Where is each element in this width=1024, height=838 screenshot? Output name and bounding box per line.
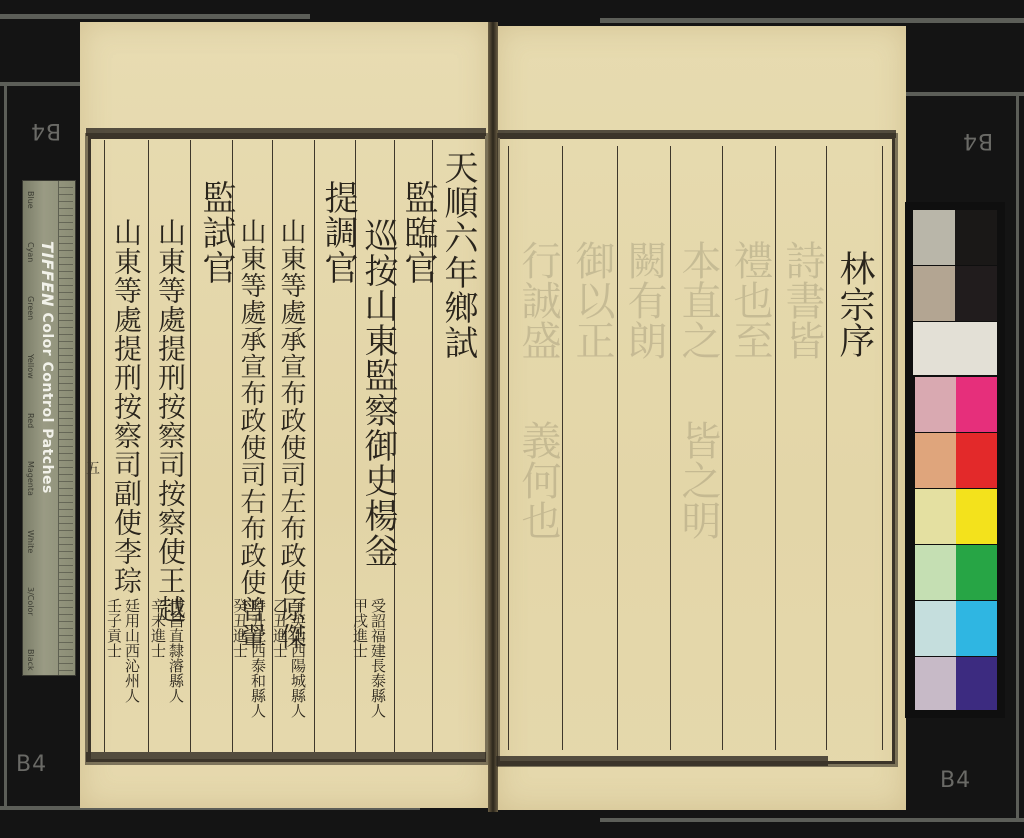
- official-entry: 巡按山東監察御史楊釡: [358, 218, 398, 568]
- official-entry: 山東等處提刑按察司按察使王越: [154, 218, 186, 624]
- column-rule: [190, 140, 191, 752]
- white-patch: [913, 322, 997, 375]
- background-guide-line: [4, 82, 7, 806]
- grid-label: B4: [940, 768, 971, 793]
- column-rule: [148, 140, 149, 752]
- blue-violet-patch: [956, 657, 997, 710]
- background-guide-line: [1016, 92, 1019, 822]
- column-rule: [314, 140, 315, 752]
- role-heading-supervisor: 監臨官: [398, 180, 438, 285]
- red-patch: [956, 433, 997, 488]
- border-top-left: [86, 128, 486, 136]
- tan-patch: [913, 266, 955, 321]
- column-rule: [670, 146, 671, 750]
- official-note: 辛未進士: [150, 598, 166, 658]
- official-note: 世昌直隸濬縣人: [168, 598, 184, 703]
- column-rule: [882, 146, 883, 750]
- column-rule: [826, 146, 827, 750]
- ruler-scale: [58, 181, 73, 675]
- grid-label: B4: [30, 118, 61, 143]
- show-through-text: 禮也至: [728, 240, 772, 360]
- light-violet-patch: [915, 657, 956, 710]
- official-note: 壬子貢士: [106, 598, 122, 658]
- show-through-text: 本直之: [676, 240, 720, 360]
- official-note: 受詔福建長泰縣人: [370, 598, 386, 718]
- grid-label: B4: [16, 752, 47, 777]
- official-note: 時升江西泰和縣人: [250, 598, 266, 718]
- official-note: 廷用山西沁州人: [124, 598, 140, 703]
- official-entry: 山東等處提刑按察司副使李琮: [110, 218, 142, 595]
- yellow-patch: [956, 489, 997, 544]
- official-note: 乙丑進士: [272, 598, 288, 658]
- strip-title: Color Control Patches: [39, 312, 55, 493]
- exam-title: 天順六年鄉試: [438, 150, 478, 360]
- light-magenta-patch: [915, 377, 956, 432]
- column-rule: [562, 146, 563, 750]
- column-rule: [104, 140, 105, 752]
- magenta-patch: [956, 377, 997, 432]
- column-rule: [272, 140, 273, 752]
- brand-name: TIFFEN: [38, 241, 57, 307]
- role-heading-proctor: 監試官: [196, 180, 236, 285]
- background-guide-line: [0, 82, 90, 86]
- color-control-scale-strip: Blue Cyan Green Yellow Red Magenta White…: [22, 180, 76, 676]
- column-rule: [722, 146, 723, 750]
- official-note: 癸丑進士: [232, 598, 248, 658]
- light-red-patch: [915, 433, 956, 488]
- official-note: 子英山西陽城縣人: [290, 598, 306, 718]
- show-through-text: 詩書皆: [780, 240, 824, 360]
- role-heading-director: 提調官: [318, 180, 358, 285]
- official-entry: 山東等處承宣布政使司左布政使原傑: [276, 218, 306, 650]
- preface-title: 林宗序: [832, 250, 876, 358]
- show-through-text: 皆之明: [676, 420, 720, 540]
- book-gutter: [488, 22, 498, 812]
- dark-patch: [955, 266, 997, 321]
- black-patch: [955, 210, 997, 265]
- color-calibration-chart: [905, 202, 1005, 718]
- column-rule: [775, 146, 776, 750]
- background-guide-line: [600, 818, 1024, 822]
- light-yellow-patch: [915, 489, 956, 544]
- background-guide-line: [0, 14, 310, 19]
- light-cyan-patch: [915, 601, 956, 656]
- tiffen-brand: TIFFEN Color Control Patches: [33, 241, 57, 661]
- patch-label: Blue: [23, 191, 35, 209]
- official-entry: 山東等處承宣布政使司右布政使曾翬: [236, 218, 266, 650]
- show-through-text: 闕有朗: [622, 240, 666, 360]
- background-guide-line: [600, 18, 1024, 23]
- show-through-text: 行誠盛: [516, 240, 560, 360]
- folio-number: 五: [86, 458, 100, 478]
- light-green-patch: [915, 545, 956, 600]
- gray-patch: [913, 210, 955, 265]
- column-rule: [508, 146, 509, 750]
- cyan-patch: [956, 601, 997, 656]
- column-rule: [617, 146, 618, 750]
- show-through-text: 御以正: [570, 240, 614, 360]
- official-note: 甲戌進士: [352, 598, 368, 658]
- background-guide-line: [905, 92, 1024, 96]
- grid-label: B4: [962, 128, 993, 153]
- green-patch: [956, 545, 997, 600]
- show-through-text: 義何也: [516, 420, 560, 540]
